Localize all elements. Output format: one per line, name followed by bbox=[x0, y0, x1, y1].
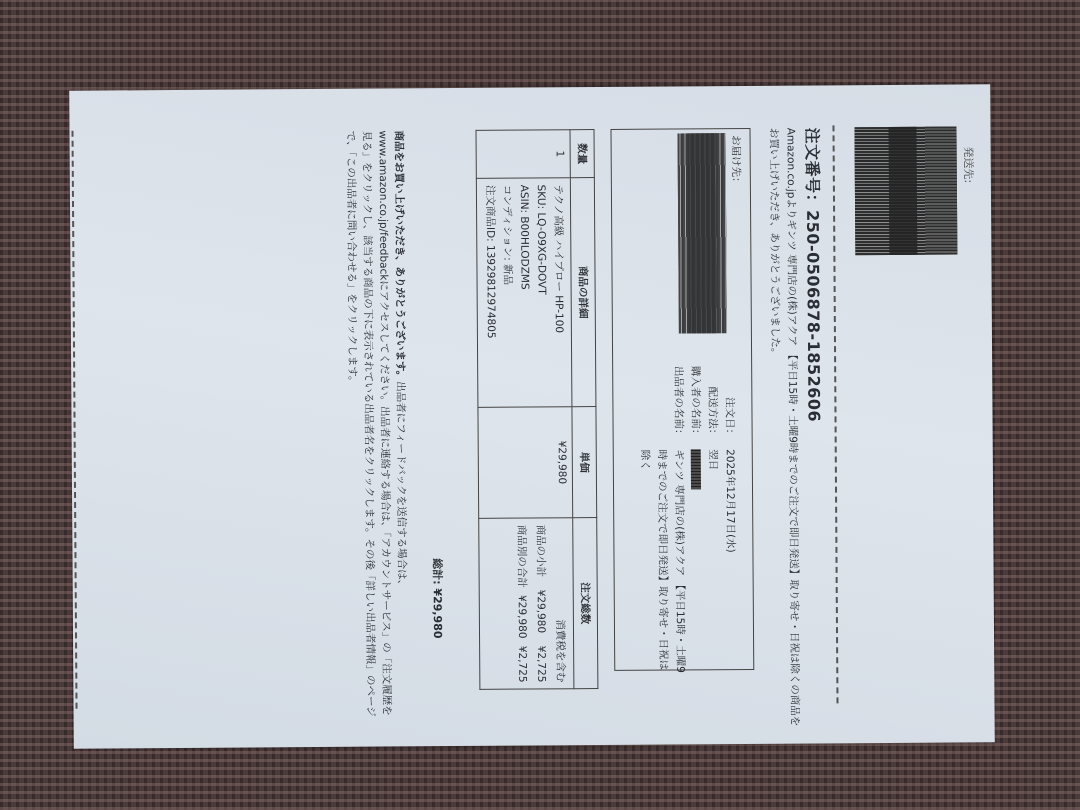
subtotal-row: 商品の小計 ¥29,980 ¥2,725 bbox=[530, 525, 550, 683]
footer-thanks: 商品をお買い上げいただき、ありがとうございます。 bbox=[392, 130, 406, 381]
footer-instructions: www.amazon.co.jp/feedbackにアクセスしてください。出品者… bbox=[345, 130, 393, 716]
seller-name-label: 出品者の名前： bbox=[635, 349, 687, 439]
buyer-name-label: 購入者の名前： bbox=[686, 349, 704, 439]
redacted-delivery-address bbox=[678, 133, 727, 333]
redacted-address-block bbox=[854, 127, 957, 256]
cut-line-divider bbox=[832, 125, 838, 703]
order-number-value: 250-0506878-1852606 bbox=[803, 210, 823, 422]
header-order-total: 注文総数 bbox=[573, 518, 598, 689]
order-info-grid: 注文日： 2025年12月17日(水) 配送方法： 翌日 購入者の名前： 出品者… bbox=[635, 349, 739, 680]
order-items-table: 数量 商品の詳細 単価 注文総数 1 テクノ高級 ハイプロー HP-100 SK… bbox=[475, 129, 598, 690]
order-date-value: 2025年12月17日(水) bbox=[721, 449, 740, 679]
shipping-method-value: 翌日 bbox=[704, 449, 723, 679]
footer-feedback-intro: 出品者にフィードバックを送信する場合は、 bbox=[394, 381, 407, 590]
table-header-row: 数量 商品の詳細 単価 注文総数 bbox=[570, 130, 598, 689]
subtotal-tax: ¥2,725 bbox=[531, 646, 550, 683]
seller-name-value: ギンツ 専門店の(株)アクア 【平日15時・土曜9時までのご注文で即日発送】取り… bbox=[636, 449, 689, 679]
deliver-to-label: お届け先： bbox=[729, 135, 744, 188]
shipping-method-label: 配送方法： bbox=[703, 349, 721, 439]
item-qty: 1 bbox=[476, 130, 570, 179]
tax-included-label: 消費税を含む bbox=[549, 524, 569, 682]
item-detail: テクノ高級 ハイプロー HP-100 SKU: LQ-O9XG-DOVT ASI… bbox=[476, 178, 572, 408]
cut-line-divider-bottom bbox=[71, 131, 77, 709]
order-date-label: 注文日： bbox=[720, 349, 738, 439]
intro-message: Amazon.co.jpよりギンツ 専門店の(株)アクア 【平日15時・土曜9時… bbox=[764, 128, 802, 728]
header-qty: 数量 bbox=[570, 130, 594, 178]
item-total-label: 商品別の合計 bbox=[511, 525, 530, 588]
redaction-mark bbox=[691, 449, 701, 489]
item-unit-price: ¥29,980 bbox=[478, 407, 573, 519]
ship-to-label: 発送先: bbox=[961, 146, 977, 183]
header-unit-price: 単価 bbox=[572, 407, 597, 518]
item-order-id: 注文商品ID: 13929812974805 bbox=[481, 185, 500, 401]
item-total-value: ¥29,980 bbox=[512, 595, 531, 639]
item-total-row: 商品別の合計 ¥29,980 ¥2,725 bbox=[511, 525, 531, 683]
grand-total: 総計: ¥29,980 bbox=[429, 558, 446, 638]
item-sku: SKU: LQ-O9XG-DOVT bbox=[532, 185, 551, 401]
item-condition: コンディション: 新品 bbox=[498, 185, 517, 401]
item-asin: ASIN: B00HLODZMS bbox=[515, 185, 534, 401]
table-row: 1 テクノ高級 ハイプロー HP-100 SKU: LQ-O9XG-DOVT A… bbox=[476, 130, 574, 690]
buyer-name-redacted bbox=[687, 449, 706, 679]
subtotal-value: ¥29,980 bbox=[531, 590, 550, 634]
packing-slip-paper: 発送先: 注文番号：250-0506878-1852606 Amazon.co.… bbox=[69, 84, 995, 748]
order-info-box: お届け先： 注文日： 2025年12月17日(水) 配送方法： 翌日 購入者の名… bbox=[610, 128, 754, 671]
header-detail: 商品の詳細 bbox=[570, 178, 596, 407]
item-totals: 消費税を含む 商品の小計 ¥29,980 ¥2,725 商品別の合計 ¥29,9… bbox=[479, 518, 574, 689]
footer-message: 商品をお買い上げいただき、ありがとうございます。出品者にフィードバックを送信する… bbox=[343, 130, 411, 720]
item-name: テクノ高級 ハイプロー HP-100 bbox=[549, 184, 568, 400]
order-number: 注文番号：250-0506878-1852606 bbox=[801, 127, 826, 422]
item-total-tax: ¥2,725 bbox=[512, 646, 531, 683]
order-number-label: 注文番号： bbox=[802, 127, 822, 210]
subtotal-label: 商品の小計 bbox=[530, 525, 549, 578]
